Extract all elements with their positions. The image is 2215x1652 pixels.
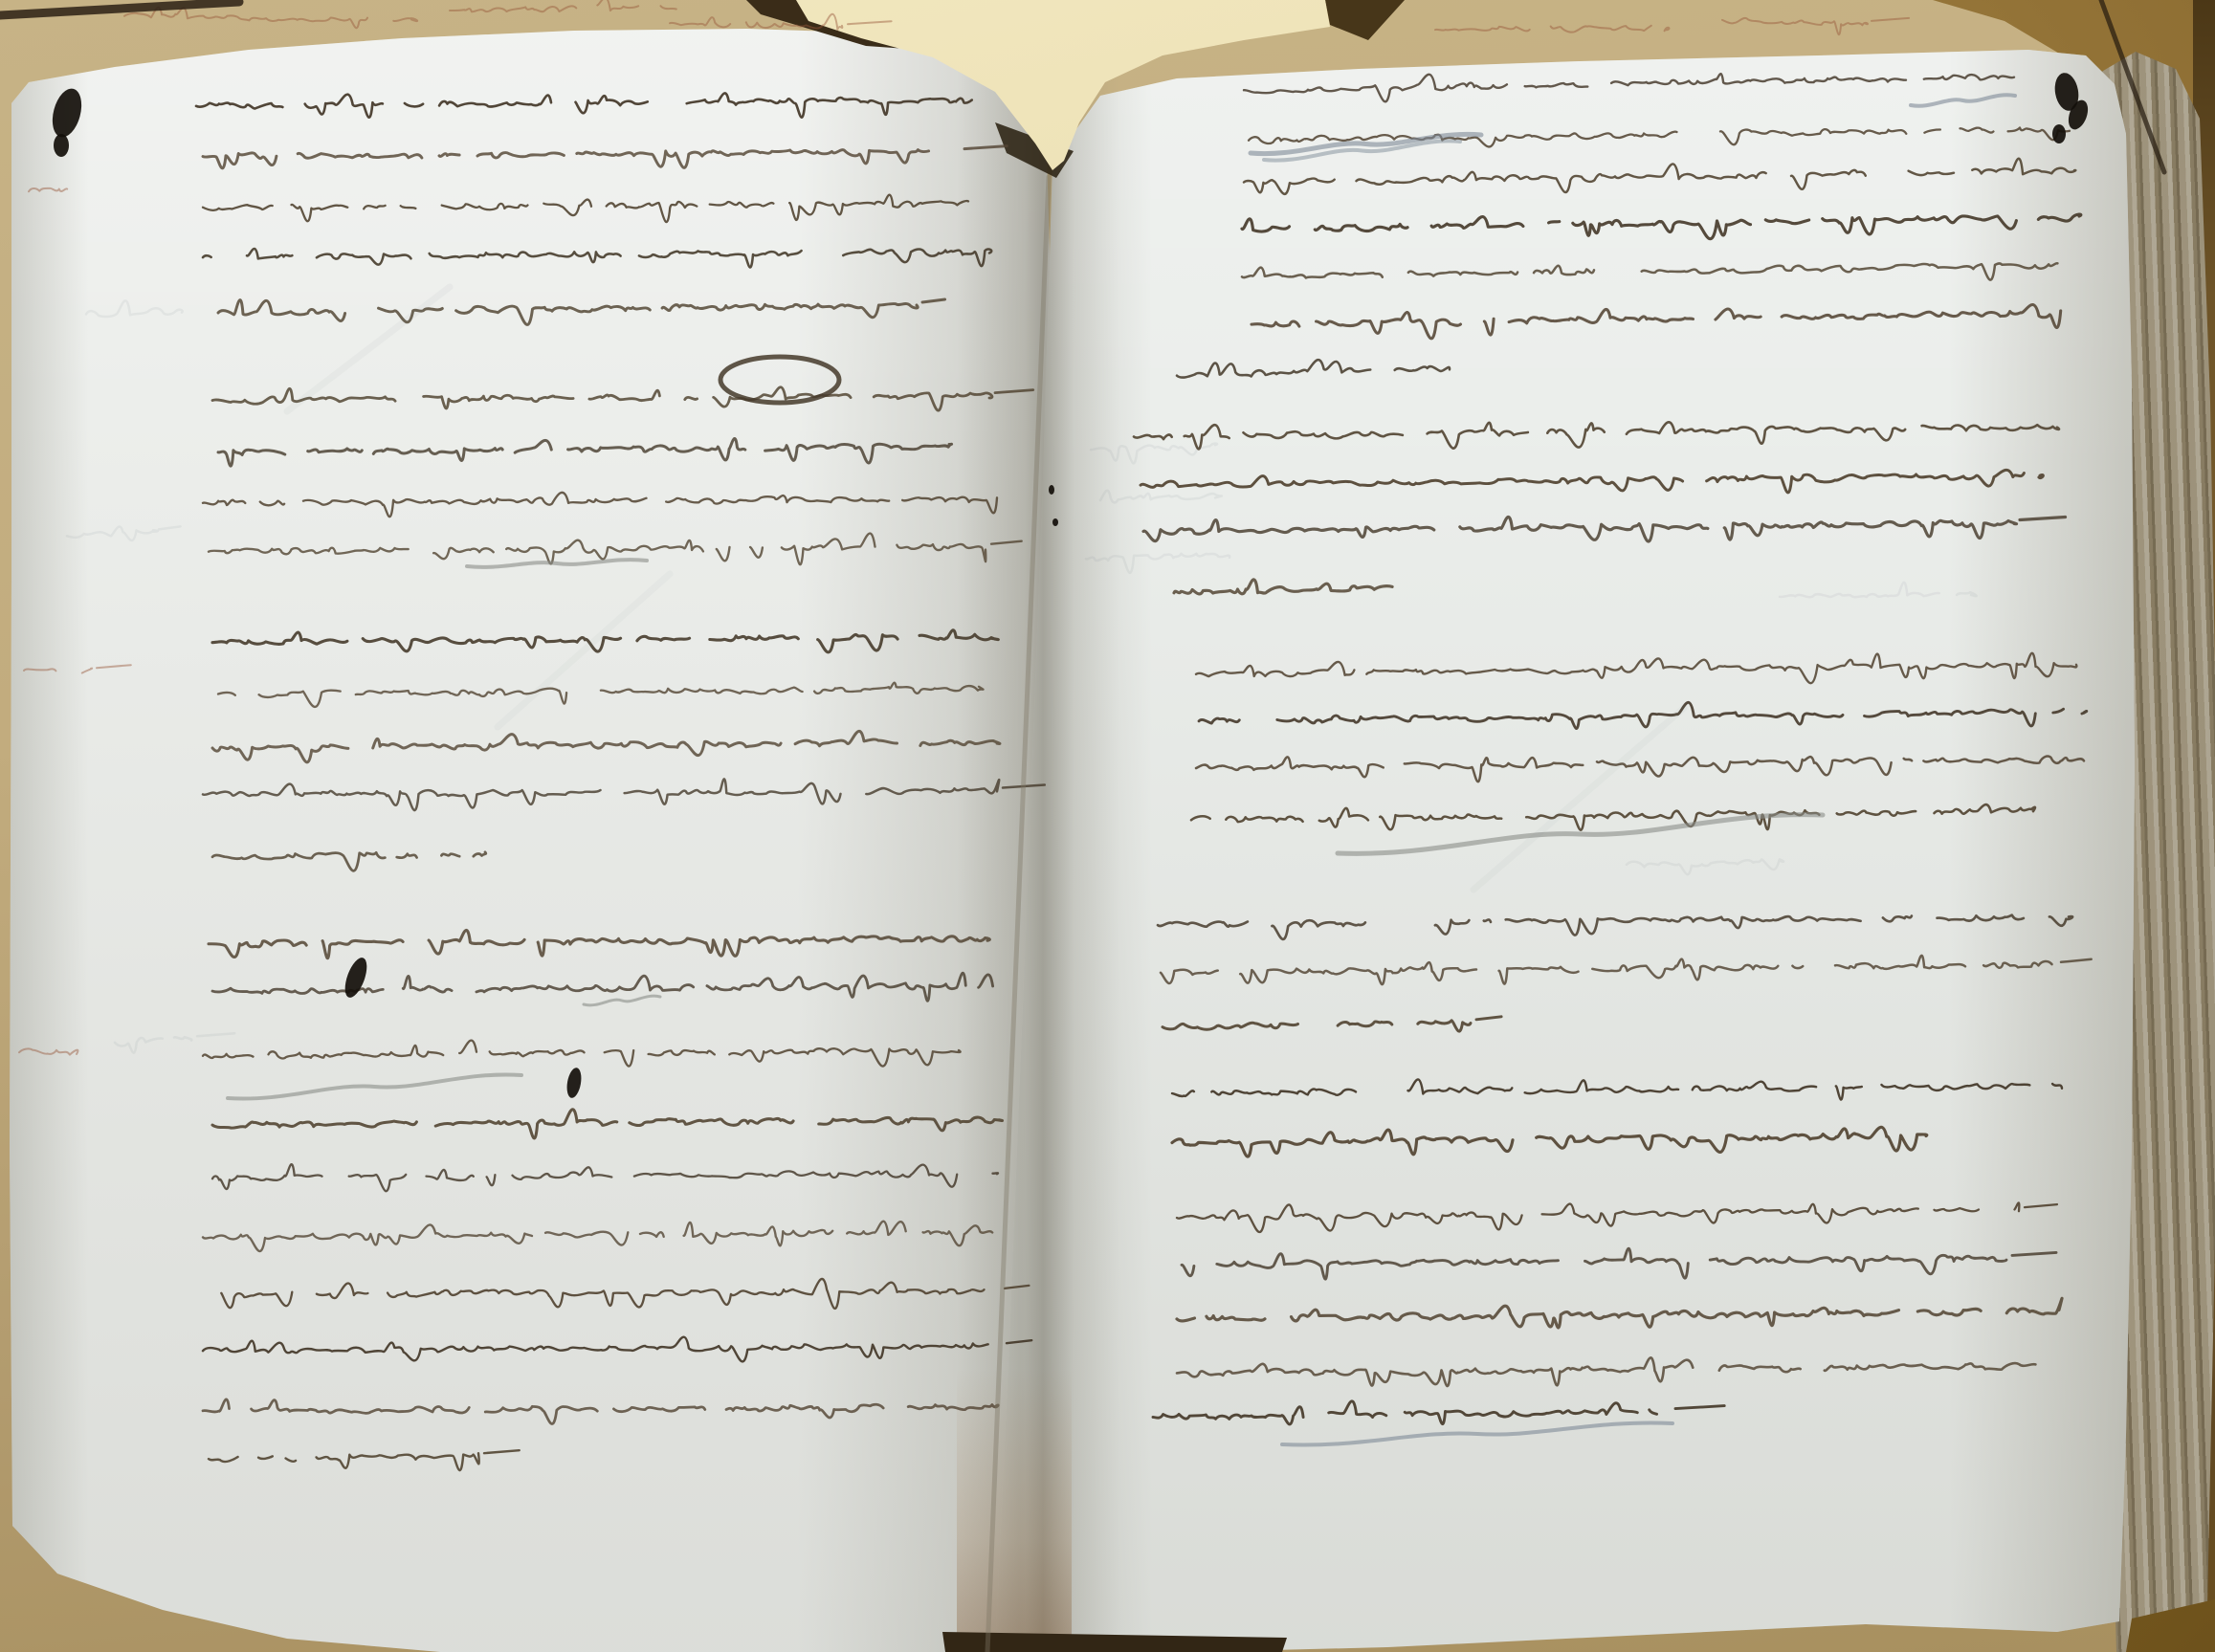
- handwriting-line: [1182, 1248, 2056, 1279]
- handwriting-line: [1172, 1079, 2062, 1099]
- handwriting-line: [1141, 470, 2043, 493]
- handwriting-line: [1242, 263, 2057, 279]
- handwriting-line: [1244, 74, 2014, 101]
- handwriting-line: [1196, 757, 2084, 782]
- parchment-scribbles: [19, 0, 1909, 1055]
- crease-line: [2101, 0, 2164, 172]
- handwriting-line: [1174, 580, 1392, 594]
- handwriting-line: [1163, 1017, 1501, 1031]
- handwriting-line: [203, 1222, 992, 1251]
- crease-line: [0, 2, 239, 15]
- right-page-handwriting: [1134, 71, 2092, 1444]
- pencil-underline: [1911, 95, 2015, 106]
- handwriting-overlay: [0, 0, 2215, 1652]
- pencil-underline: [1338, 815, 1823, 854]
- scribble-mark: [24, 665, 131, 672]
- left-page-handwriting: [48, 85, 1058, 1470]
- handwriting-line: [1251, 305, 2061, 339]
- handwriting-line: [212, 852, 486, 871]
- handwriting-line: [218, 683, 984, 707]
- handwriting-line: [218, 299, 945, 324]
- ink-blot: [565, 1067, 583, 1099]
- scribble-mark: [1435, 26, 1669, 33]
- ink-blot: [341, 955, 371, 1001]
- handwriting-line: [203, 1337, 1031, 1362]
- handwriting-line: [212, 973, 993, 1001]
- handwriting-line: [1158, 915, 2072, 939]
- scribble-mark: [29, 188, 67, 191]
- ghost-line: [1780, 583, 1977, 597]
- scribble-mark: [670, 14, 892, 30]
- handwriting-line: [1177, 1298, 2062, 1328]
- handwriting-line: [196, 93, 972, 117]
- pencil-underline: [467, 560, 647, 567]
- scribble-mark: [19, 1048, 78, 1054]
- manuscript-photo: { "scene": { "description": "Photograph …: [0, 0, 2215, 1652]
- ink-blot: [1052, 518, 1058, 526]
- ghost-line: [86, 300, 183, 317]
- ghost-line: [1100, 491, 1222, 503]
- handwriting-line: [1196, 653, 2076, 683]
- handwriting-line: [209, 930, 989, 958]
- handwriting-line: [1134, 422, 2059, 449]
- ghost-line: [1086, 554, 1229, 573]
- pencil-underline: [228, 1074, 521, 1098]
- handwriting-line: [1242, 214, 2081, 239]
- handwriting-line: [212, 731, 1000, 762]
- handwriting-line: [209, 1450, 520, 1470]
- circled-word-annotation: [720, 357, 839, 403]
- handwriting-line: [1172, 1127, 1927, 1156]
- handwriting-line: [203, 493, 997, 517]
- handwriting-line: [203, 1399, 998, 1424]
- handwriting-line: [203, 146, 1007, 168]
- ink-blot: [1049, 485, 1054, 495]
- handwriting-line: [203, 249, 991, 268]
- handwriting-line: [1191, 804, 2035, 830]
- ghost-line: [67, 526, 181, 540]
- ghost-line: [1627, 859, 1783, 874]
- handwriting-line: [212, 387, 1033, 410]
- ink-blot: [2052, 124, 2066, 143]
- creases-and-edges: [0, 0, 2164, 1652]
- pencil-underline: [584, 996, 660, 1005]
- handwriting-line: [1177, 360, 1450, 377]
- scribble-mark: [1722, 18, 1909, 34]
- ink-blot: [54, 134, 69, 157]
- handwriting-line: [1153, 1401, 1724, 1424]
- crease-line: [287, 287, 450, 411]
- handwriting-line: [203, 779, 1045, 810]
- handwriting-line: [218, 438, 952, 466]
- handwriting-line: [1161, 956, 2092, 984]
- handwriting-line: [1177, 1357, 2035, 1386]
- crease-line: [498, 574, 670, 727]
- handwriting-line: [1143, 517, 2066, 541]
- scribble-mark: [124, 8, 417, 28]
- crease-line: [1473, 708, 1684, 890]
- handwriting-line: [203, 195, 968, 222]
- crease-line: [987, 177, 1049, 1652]
- handwriting-line: [1199, 702, 2087, 728]
- ghost-line: [115, 1033, 234, 1052]
- scribble-mark: [450, 0, 697, 11]
- handwriting-line: [203, 1041, 961, 1067]
- handwriting-line: [212, 1164, 998, 1191]
- pencil-underline: [1282, 1422, 1672, 1444]
- handwriting-line: [221, 1279, 1029, 1309]
- handwriting-line: [1244, 159, 2075, 194]
- handwriting-line: [1177, 1202, 2057, 1232]
- ghost-line: [1091, 444, 1217, 464]
- handwriting-line: [212, 1110, 1002, 1138]
- ink-blot: [48, 85, 87, 140]
